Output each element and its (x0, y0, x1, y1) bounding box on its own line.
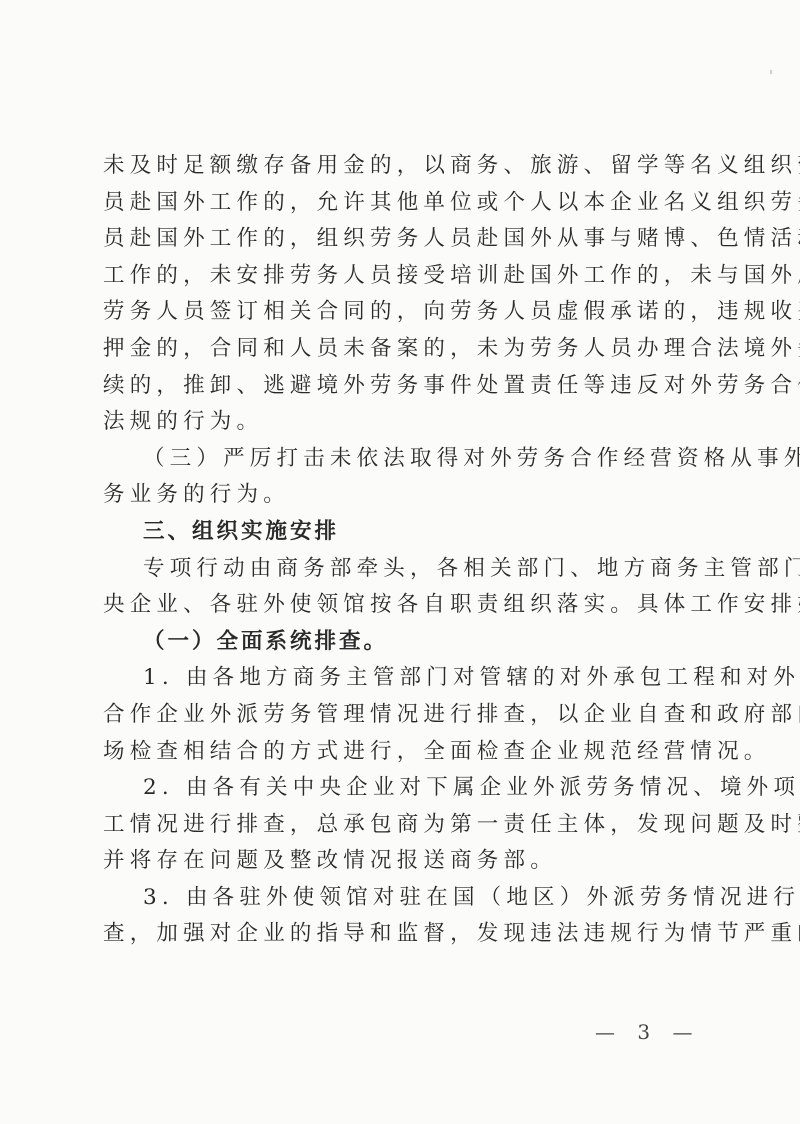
text-line-3: 员赴国外工作的，组织劳务人员赴国外从事与赌博、色情活动相关 (103, 221, 693, 258)
text-line-1: 未及时足额缴存备用金的，以商务、旅游、留学等名义组织劳务人 (103, 148, 693, 185)
section-intro-paragraph: 专项行动由商务部牵头，各相关部门、地方商务主管部门及中 (103, 551, 693, 588)
subsection-three-paragraph: （三）严厉打击未依法取得对外劳务合作经营资格从事外派劳 (103, 441, 693, 478)
subsection-heading-one: （一）全面系统排查。 (103, 624, 693, 661)
page-number: — 3 — (595, 1020, 700, 1044)
text-line-6: 押金的，合同和人员未备案的，未为劳务人员办理合法境外务工手 (103, 331, 693, 368)
item-3-paragraph: 3. 由各驻外使领馆对驻在国（地区）外派劳务情况进行系统排 (103, 880, 693, 917)
text-line-17: 场检查相结合的方式进行，全面检查企业规范经营情况。 (103, 734, 693, 771)
item-2-paragraph: 2. 由各有关中央企业对下属企业外派劳务情况、境外项目用 (103, 770, 693, 807)
text-line-22: 查，加强对企业的指导和监督，发现违法违规行为情节严重的，报 (103, 916, 693, 953)
section-heading-three: 三、组织实施安排 (103, 514, 693, 551)
item-1-paragraph: 1. 由各地方商务主管部门对管辖的对外承包工程和对外劳务 (103, 660, 693, 697)
text-line-8: 法规的行为。 (103, 404, 693, 441)
text-line-7: 续的，推卸、逃避境外劳务事件处置责任等违反对外劳务合作管理 (103, 368, 693, 405)
text-line-10: 务业务的行为。 (103, 477, 693, 514)
scan-artifact (770, 70, 772, 74)
text-line-20: 并将存在问题及整改情况报送商务部。 (103, 843, 693, 880)
text-line-5: 劳务人员签订相关合同的，向劳务人员虚假承诺的，违规收费收取 (103, 294, 693, 331)
text-line-4: 工作的，未安排劳务人员接受培训赴国外工作的，未与国外雇主、 (103, 258, 693, 295)
text-line-13: 央企业、各驻外使领馆按各自职责组织落实。具体工作安排如下： (103, 587, 693, 624)
document-page: 未及时足额缴存备用金的，以商务、旅游、留学等名义组织劳务人 员赴国外工作的，允许… (103, 148, 693, 953)
text-line-2: 员赴国外工作的，允许其他单位或个人以本企业名义组织劳务人 (103, 185, 693, 222)
text-line-19: 工情况进行排查，总承包商为第一责任主体，发现问题及时整改， (103, 807, 693, 844)
text-line-16: 合作企业外派劳务管理情况进行排查，以企业自查和政府部门现 (103, 697, 693, 734)
